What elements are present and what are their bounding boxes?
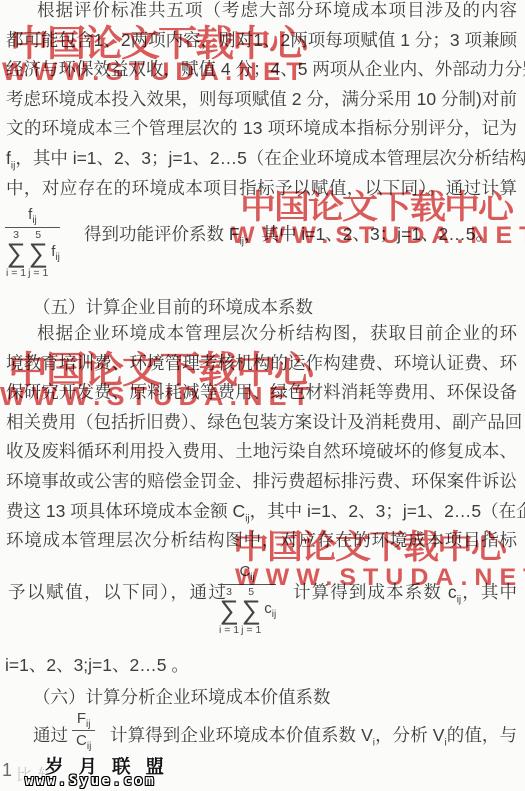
- text-line: 考虑环境成本投入效果，则每项赋值 2 分，满分采用 10 分制)对前: [6, 85, 517, 115]
- text-line: i=1、2、3;j=1、2…5 。: [5, 652, 189, 677]
- text-line: 相关费用（包括折旧费）、绿色包装方案设计及消耗费用、副产品回: [6, 408, 517, 438]
- summation-i: 3∑i = 1: [5, 230, 27, 279]
- formula-3-lead-text: 通过: [33, 722, 68, 747]
- text-line: 根据企业环境成本管理层次分析结构图，获取目前企业的环: [6, 319, 517, 349]
- text-line: 收及废料循环利用投入费用、土地污染自然环境破坏的修复成本、: [6, 437, 517, 467]
- paragraph-2: 根据企业环境成本管理层次分析结构图，获取目前企业的环 境教育培训费、环境管理考核…: [6, 319, 517, 556]
- summation-j: 5∑j = 1: [240, 587, 262, 636]
- scanned-document-page: 根据评价标准共五项（考虑大部分环境成本项目涉及的内容 都可能包含1、2两项内容，…: [0, 0, 525, 791]
- text-line: 文的环境成本三个管理层次的 13 项环境成本指标分别评分，记为: [6, 114, 517, 144]
- text-line: 经济与环保效益双收，赋值 4 分；4、5 两项从企业内、外部动力分别: [6, 55, 517, 85]
- fraction-numerator: fij: [25, 207, 40, 227]
- text-line: 都可能包含1、2两项内容，则对1、2两项每项赋值 1 分；3 项兼顾: [6, 26, 517, 56]
- text-line: 中，对应存在的环境成本项目指标予以赋值，以下同）。通过计算: [6, 174, 517, 204]
- formula-1-result-text: 得到功能评价系数 Fij，其中 i=1、2、3；j=1、2…5。: [84, 221, 493, 246]
- text-line: fij，其中 i=1、2、3；j=1、2…5（在企业环境成本管理层次分析结构图: [6, 144, 517, 174]
- sigma-symbol: ∑: [29, 241, 48, 266]
- fraction-denominator: Cij: [72, 730, 95, 750]
- sigma-symbol: ∑: [242, 598, 261, 623]
- text-line: 环境事故或公害的赔偿金罚金、排污费超标排污费、环保案件诉讼: [6, 467, 517, 497]
- formula-functional-coefficient: fij 3∑i = 1 5∑j = 1 fij: [5, 207, 60, 278]
- section-heading-6: （六）计算分析企业环境成本价值系数: [33, 684, 331, 709]
- page-number: 1: [2, 760, 12, 781]
- formula-value-coefficient: Fij Cij: [72, 711, 95, 749]
- formula-2-result-text: 计算得到成本系数 cij，其中: [293, 579, 517, 604]
- text-line: 环境成本管理层次分析结构图中，对应存在的环境成本项目指标: [6, 526, 517, 556]
- fraction-denominator: 3∑i = 1 5∑j = 1 cij: [218, 584, 276, 636]
- fraction-denominator: 3∑i = 1 5∑j = 1 fij: [5, 227, 60, 279]
- denominator-term: cij: [264, 600, 276, 617]
- summation-i: 3∑i = 1: [218, 587, 240, 636]
- text-line: 根据评价标准共五项（考虑大部分环境成本项目涉及的内容: [6, 0, 517, 26]
- paragraph-1: 根据评价标准共五项（考虑大部分环境成本项目涉及的内容 都可能包含1、2两项内容，…: [6, 0, 517, 203]
- text-line: 境教育培训费、环境管理考核机构的运作构建费、环境认证费、环: [6, 349, 517, 379]
- sigma-symbol: ∑: [219, 598, 238, 623]
- section-heading-5: （五）计算企业目前的环境成本系数: [33, 294, 313, 319]
- formula-2-lead-text: 予以赋值，以下同），通过: [8, 579, 226, 604]
- formula-cost-coefficient: Cij 3∑i = 1 5∑j = 1 cij: [218, 564, 276, 635]
- fraction-numerator: Fij: [73, 711, 95, 730]
- footer-site-url: www.Syue.com: [25, 773, 156, 789]
- sigma-symbol: ∑: [6, 241, 25, 266]
- fraction-numerator: Cij: [236, 564, 257, 584]
- denominator-term: fij: [51, 243, 60, 260]
- formula-3-result-text: 计算得到企业环境成本价值系数 Vi，分析 Vi的值，与: [110, 722, 517, 747]
- summation-j: 5∑j = 1: [27, 230, 49, 279]
- text-line: 费这 13 项具体环境成本金额 Cij，其中 i=1、2、3；j=1、2…5（在…: [6, 497, 517, 527]
- text-line: 保研究开发费、原料耗减等费用、绿色材料消耗等费用、环保设备: [6, 378, 517, 408]
